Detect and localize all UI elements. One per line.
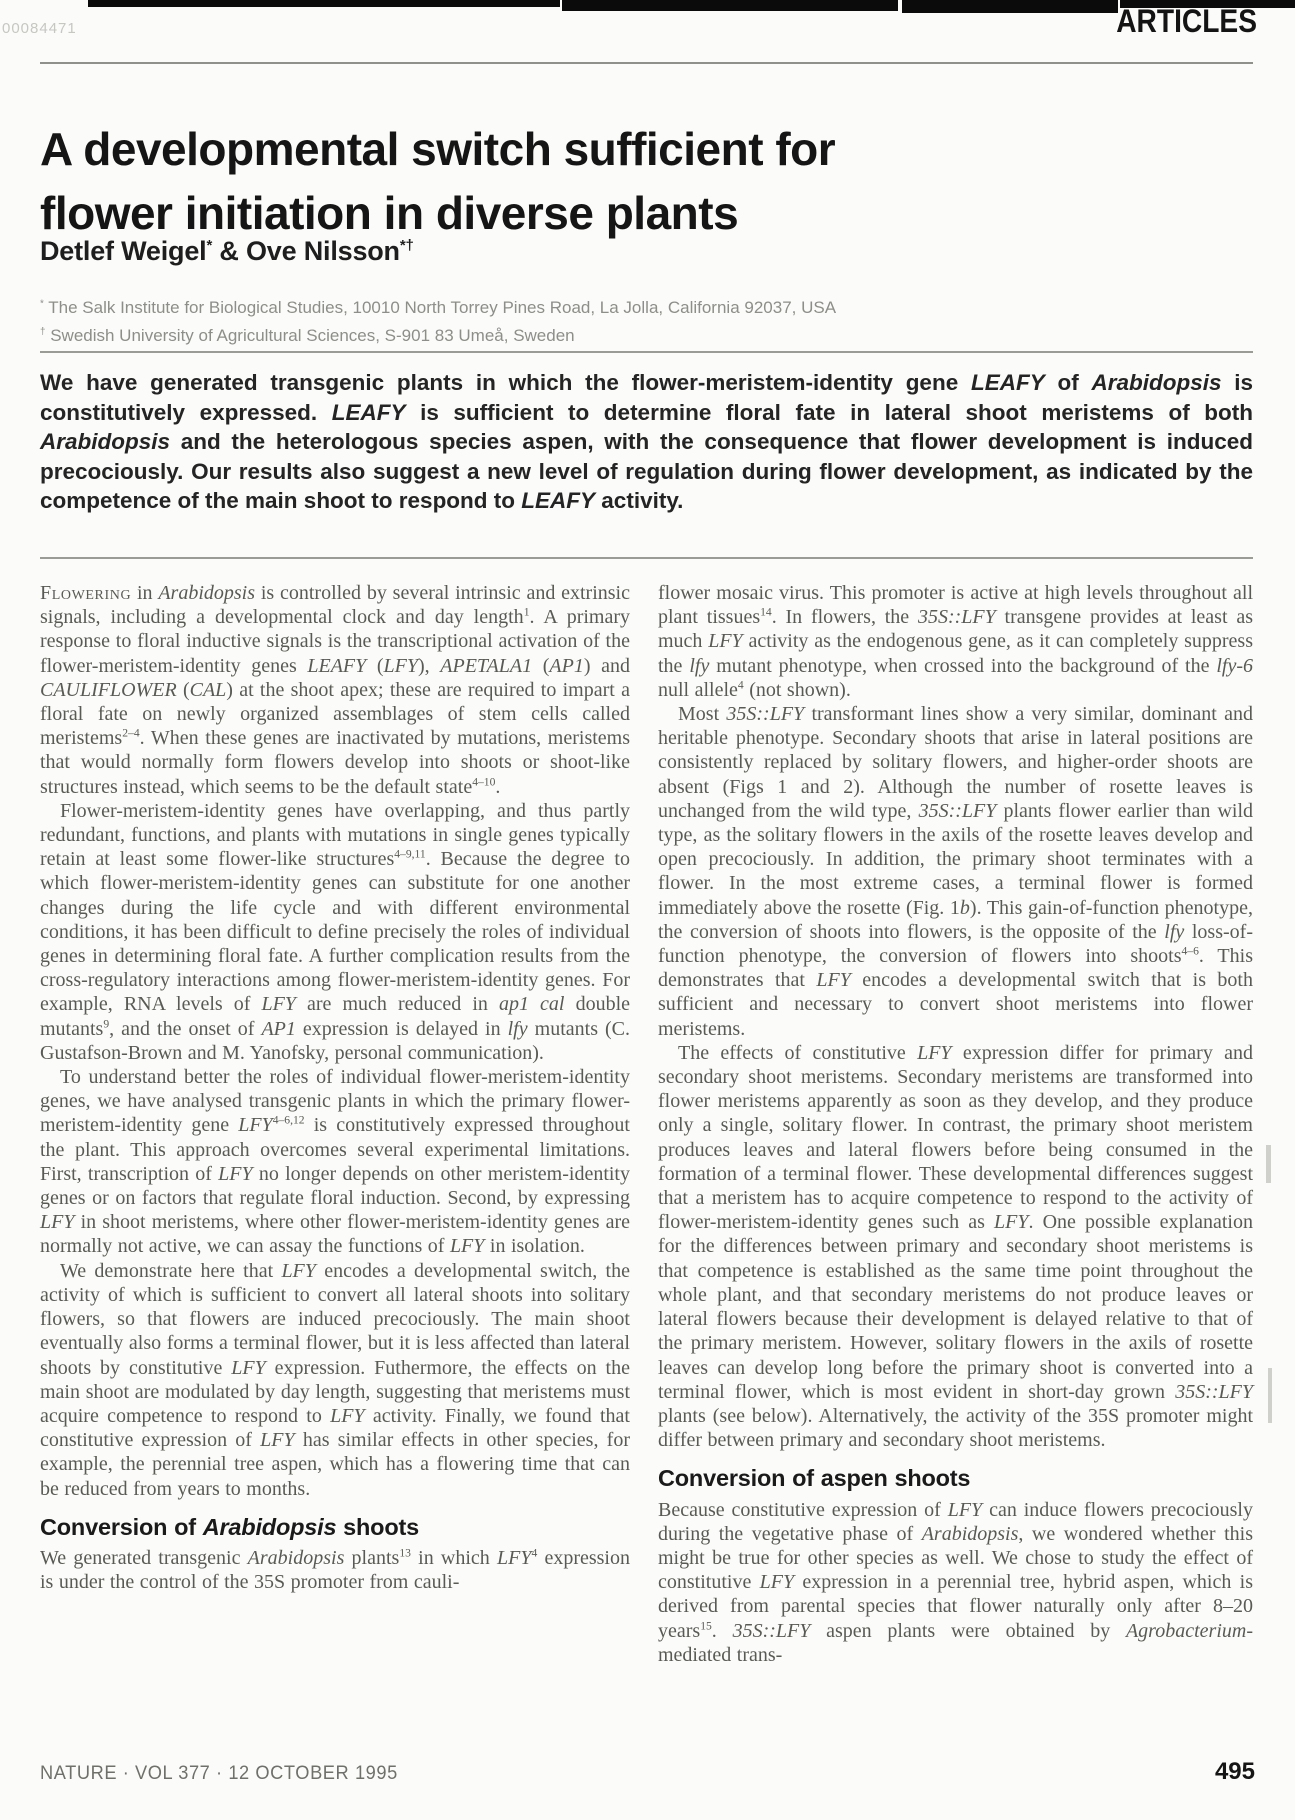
page-title: A developmental switch sufficient for fl… [40,117,835,245]
affiliation-swedish-university: † Swedish University of Agricultural Sci… [40,322,836,350]
body-paragraph: Because constitutive expression of LFY c… [658,1498,1253,1667]
scan-artifact [88,0,560,7]
page-number: 495 [1215,1758,1255,1786]
body-paragraph: We generated transgenic Arabidopsis plan… [40,1546,630,1594]
journal-page: 00084471 ARTICLES A developmental switch… [0,0,1295,1820]
abstract-top-divider [40,351,1253,353]
scan-artifact [1266,1145,1271,1183]
affiliations: * The Salk Institute for Biological Stud… [40,294,836,350]
body-paragraph: Flower-meristem-identity genes have over… [40,799,630,1065]
right-column: flower mosaic virus. This promoter is ac… [658,581,1253,1667]
section-heading: Conversion of Arabidopsis shoots [40,1515,630,1539]
section-banner: ARTICLES [1116,3,1257,40]
body-paragraph: The effects of constitutive LFY expressi… [658,1041,1253,1452]
body-paragraph: To understand better the roles of indivi… [40,1065,630,1259]
body-paragraph: flower mosaic virus. This promoter is ac… [658,581,1253,702]
affiliation-salk: * The Salk Institute for Biological Stud… [40,294,836,322]
abstract-bottom-divider [40,557,1253,559]
body-paragraph: Most 35S::LFY transformant lines show a … [658,702,1253,1041]
scan-artifact [1268,1368,1272,1423]
scan-artifact [902,0,1118,13]
journal-volume-date: NATURE · VOL 377 · 12 OCTOBER 1995 [40,1763,398,1785]
abstract-text: We have generated transgenic plants in w… [40,368,1253,516]
section-heading: Conversion of aspen shoots [658,1466,1253,1490]
body-paragraph: Flowering in Arabidopsis is controlled b… [40,581,630,799]
left-column: Flowering in Arabidopsis is controlled b… [40,581,630,1594]
body-paragraph: We demonstrate here that LFY encodes a d… [40,1259,630,1501]
header-divider [40,62,1253,64]
page-title-line-1: A developmental switch sufficient for [40,117,835,181]
scan-artifact [562,0,898,11]
scan-id-number: 00084471 [2,20,77,37]
author-line: Detlef Weigel* & Ove Nilsson*† [40,236,414,267]
